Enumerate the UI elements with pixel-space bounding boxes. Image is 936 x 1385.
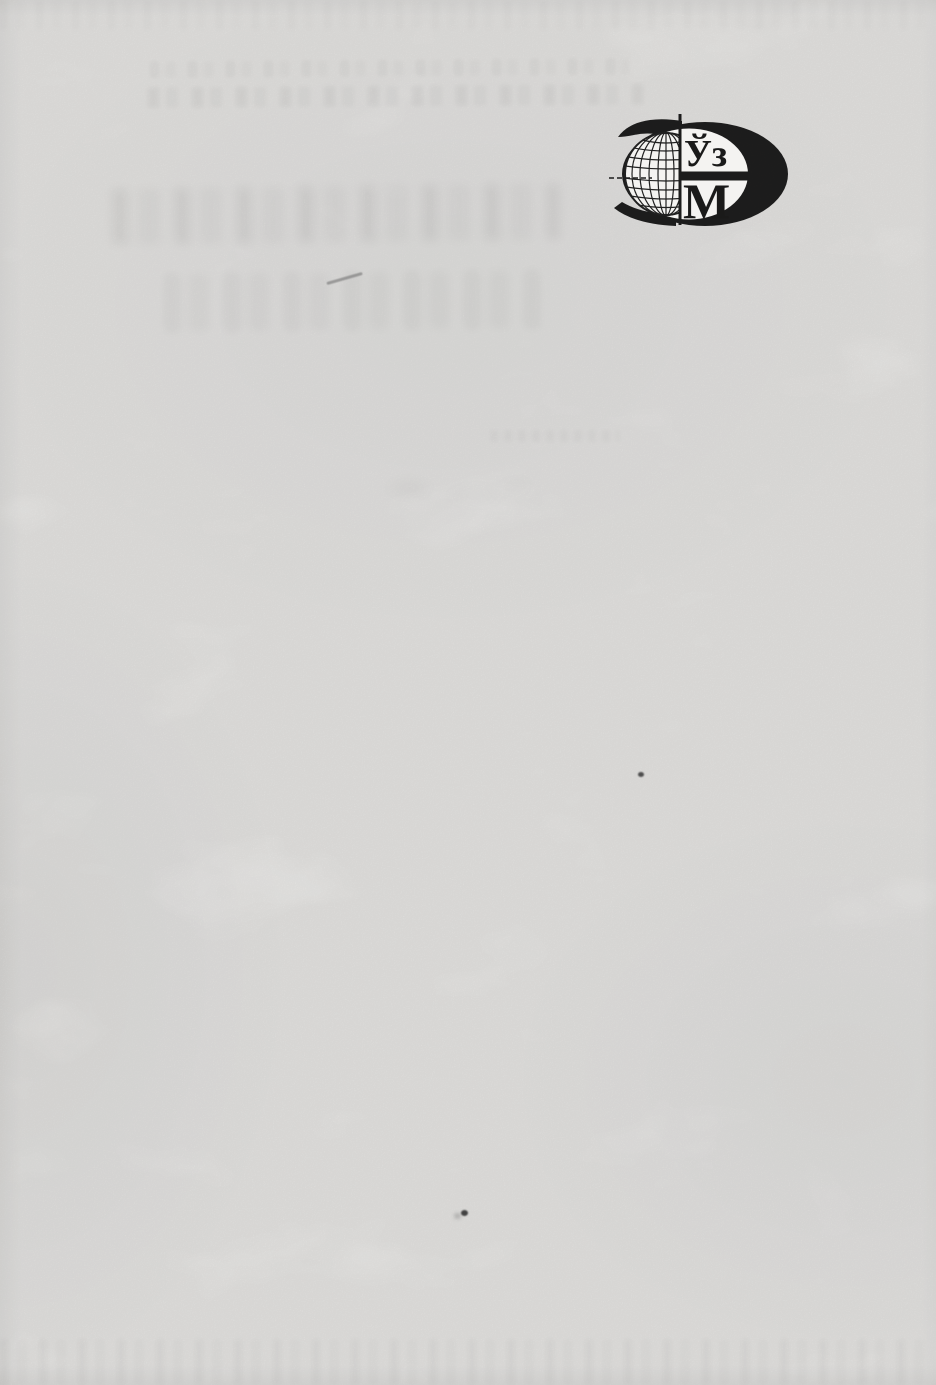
emblem-letter-bottom: М [683, 173, 730, 229]
ink-speck [638, 772, 644, 777]
scan-edge-mottle-top [0, 0, 936, 30]
show-through-text-row [150, 58, 630, 77]
publisher-logo: Ўз М [604, 104, 796, 232]
pencil-mark [326, 272, 362, 285]
show-through-smudge [368, 468, 533, 518]
scanned-blank-page: Ўз М [0, 0, 936, 1385]
show-through-text-row [148, 84, 648, 107]
show-through-title-line [112, 183, 561, 244]
scan-edge-mottle-bottom [0, 1339, 936, 1385]
show-through-title-line [165, 270, 546, 332]
emblem-letters-top: Ўз [684, 133, 727, 175]
show-through-text-row [490, 430, 620, 442]
ink-speck [461, 1210, 468, 1216]
